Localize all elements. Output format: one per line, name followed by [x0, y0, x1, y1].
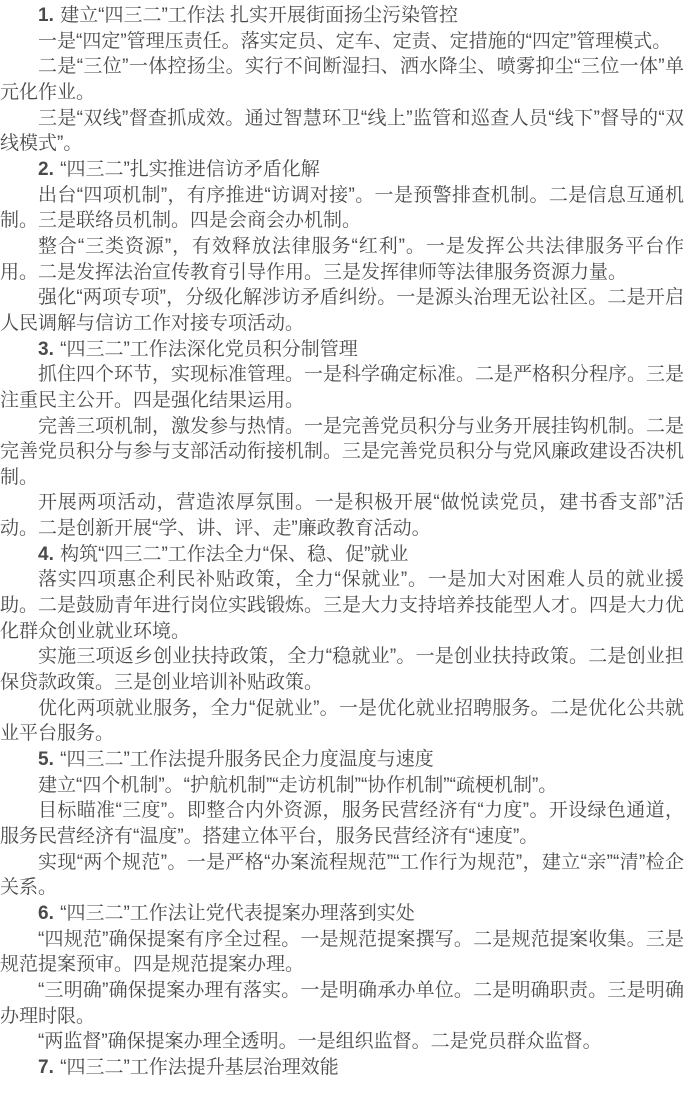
section-number: 2.	[38, 159, 54, 180]
section-1: 1.建立“四三二”工作法 扎实开展街面扬尘污染管控 一是“四定”管理压责任。落实…	[0, 3, 684, 157]
section-number: 5.	[38, 749, 54, 770]
section-heading: 1.建立“四三二”工作法 扎实开展街面扬尘污染管控	[0, 3, 684, 29]
paragraph: “三明确”确保提案办理有落实。一是明确承办单位。二是明确职责。三是明确办理时限。	[0, 978, 684, 1029]
section-heading: 5.“四三二”工作法提升服务民企力度温度与速度	[0, 747, 684, 773]
section-heading: 2.“四三二”扎实推进信访矛盾化解	[0, 157, 684, 183]
section-4: 4.构筑“四三二”工作法全力“保、稳、促”就业 落实四项惠企利民补贴政策，全力“…	[0, 542, 684, 747]
paragraph: 抓住四个环节，实现标准管理。一是科学确定标准。二是严格积分程序。三是注重民主公开…	[0, 362, 684, 413]
paragraph: 强化“两项专项”，分级化解涉访矛盾纠纷。一是源头治理无讼社区。二是开启人民调解与…	[0, 285, 684, 336]
paragraph: 完善三项机制，激发参与热情。一是完善党员积分与业务开展挂钩机制。二是完善党员积分…	[0, 414, 684, 491]
paragraph: 落实四项惠企利民补贴政策，全力“保就业”。一是加大对困难人员的就业援助。二是鼓励…	[0, 567, 684, 644]
section-title: “四三二”工作法提升服务民企力度温度与速度	[60, 749, 434, 770]
paragraph: “两监督”确保提案办理全透明。一是组织监督。二是党员群众监督。	[0, 1029, 684, 1055]
section-heading: 7.“四三二”工作法提升基层治理效能	[0, 1055, 684, 1081]
section-heading: 6.“四三二”工作法让党代表提案办理落到实处	[0, 901, 684, 927]
section-title: “四三二”扎实推进信访矛盾化解	[60, 159, 320, 180]
section-number: 4.	[38, 544, 54, 565]
section-6: 6.“四三二”工作法让党代表提案办理落到实处 “四规范”确保提案有序全过程。一是…	[0, 901, 684, 1055]
paragraph: 建立“四个机制”。“护航机制”“走访机制”“协作机制”“疏梗机制”。	[0, 773, 684, 799]
section-2: 2.“四三二”扎实推进信访矛盾化解 出台“四项机制”，有序推进“访调对接”。一是…	[0, 157, 684, 337]
section-heading: 3.“四三二”工作法深化党员积分制管理	[0, 337, 684, 363]
paragraph: 优化两项就业服务，全力“促就业”。一是优化就业招聘服务。二是优化公共就业平台服务…	[0, 696, 684, 747]
section-title: “四三二”工作法让党代表提案办理落到实处	[60, 903, 415, 924]
section-title: 建立“四三二”工作法 扎实开展街面扬尘污染管控	[60, 5, 458, 26]
section-heading: 4.构筑“四三二”工作法全力“保、稳、促”就业	[0, 542, 684, 568]
paragraph: 三是“双线”督查抓成效。通过智慧环卫“线上”监管和巡查人员“线下”督导的“双线模…	[0, 106, 684, 157]
section-title: “四三二”工作法提升基层治理效能	[60, 1057, 339, 1078]
section-5: 5.“四三二”工作法提升服务民企力度温度与速度 建立“四个机制”。“护航机制”“…	[0, 747, 684, 901]
paragraph: 二是“三位”一体控扬尘。实行不间断湿扫、洒水降尘、喷雾抑尘“三位一体”单元化作业…	[0, 54, 684, 105]
section-7-clipped: 7.“四三二”工作法提升基层治理效能	[0, 1055, 684, 1081]
paragraph: 实现“两个规范”。一是严格“办案流程规范”“工作行为规范”，建立“亲”“清”检企…	[0, 850, 684, 901]
section-number: 3.	[38, 339, 54, 360]
paragraph: “四规范”确保提案有序全过程。一是规范提案撰写。二是规范提案收集。三是规范提案预…	[0, 927, 684, 978]
paragraph: 出台“四项机制”，有序推进“访调对接”。一是预警排查机制。二是信息互通机制。三是…	[0, 183, 684, 234]
section-3: 3.“四三二”工作法深化党员积分制管理 抓住四个环节，实现标准管理。一是科学确定…	[0, 337, 684, 542]
paragraph: 整合“三类资源”，有效释放法律服务“红利”。一是发挥公共法律服务平台作用。二是发…	[0, 234, 684, 285]
paragraph: 一是“四定”管理压责任。落实定员、定车、定责、定措施的“四定”管理模式。	[0, 29, 684, 55]
paragraph: 开展两项活动，营造浓厚氛围。一是积极开展“做悦读党员，建书香支部”活动。二是创新…	[0, 490, 684, 541]
section-number: 6.	[38, 903, 54, 924]
section-number: 1.	[38, 5, 54, 26]
document-body: 1.建立“四三二”工作法 扎实开展街面扬尘污染管控 一是“四定”管理压责任。落实…	[0, 0, 693, 1081]
section-title: “四三二”工作法深化党员积分制管理	[60, 339, 358, 360]
section-number: 7.	[38, 1057, 54, 1078]
paragraph: 实施三项返乡创业扶持政策，全力“稳就业”。一是创业扶持政策。二是创业担保贷款政策…	[0, 644, 684, 695]
section-title: 构筑“四三二”工作法全力“保、稳、促”就业	[60, 544, 408, 565]
paragraph: 目标瞄准“三度”。即整合内外资源，服务民营经济有“力度”。开设绿色通道，服务民营…	[0, 798, 684, 849]
